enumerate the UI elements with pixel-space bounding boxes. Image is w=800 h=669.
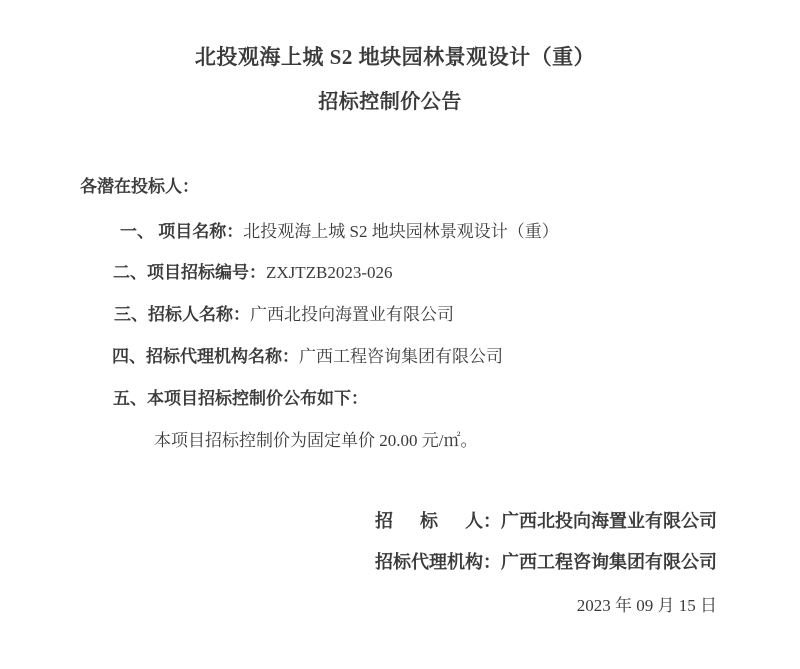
list-item-tender-number: 二、项目招标编号：ZXJTZB2023-026 <box>113 262 393 283</box>
signature-tenderer-value: 广西北投向海置业有限公司 <box>501 511 717 531</box>
control-price-note: 本项目招标控制价为固定单价 20.00 元/㎡。 <box>154 430 477 451</box>
signature-tenderer: 招标人：广西北投向海置业有限公司 <box>375 510 717 533</box>
signature-agency-value: 广西工程咨询集团有限公司 <box>501 552 717 572</box>
salutation: 各潜在投标人： <box>80 176 199 197</box>
item-value: 广西北投向海置业有限公司 <box>250 305 454 324</box>
item-label: 二、项目招标编号： <box>113 263 266 282</box>
item-value: 广西工程咨询集团有限公司 <box>299 347 503 366</box>
signature-date: 2023 年 09 月 15 日 <box>577 595 717 616</box>
item-label: 四、招标代理机构名称： <box>112 347 299 366</box>
list-item-control-price-heading: 五、本项目招标控制价公布如下： <box>113 388 368 409</box>
page-subtitle: 招标控制价公告 <box>0 90 780 115</box>
item-value: ZXJTZB2023-026 <box>266 263 393 282</box>
item-value: 北投观海上城 S2 地块园林景观设计（重） <box>243 222 558 241</box>
list-item-agency-name: 四、招标代理机构名称：广西工程咨询集团有限公司 <box>112 346 503 367</box>
page-title: 北投观海上城 S2 地块园林景观设计（重） <box>0 44 790 70</box>
signature-agency-label: 招标代理机构： <box>375 552 501 572</box>
signature-tenderer-label: 招标人： <box>375 511 501 531</box>
item-label: 三、招标人名称： <box>114 305 250 324</box>
document-page: 北投观海上城 S2 地块园林景观设计（重） 招标控制价公告 各潜在投标人： 一、… <box>0 0 800 669</box>
item-label: 五、本项目招标控制价公布如下： <box>113 389 368 408</box>
item-label: 一、 项目名称： <box>120 222 243 241</box>
colon: ： <box>483 552 501 572</box>
list-item-tenderer-name: 三、招标人名称：广西北投向海置业有限公司 <box>114 304 454 325</box>
signature-agency: 招标代理机构：广西工程咨询集团有限公司 <box>375 551 717 574</box>
colon: ： <box>483 511 501 531</box>
list-item-project-name: 一、 项目名称：北投观海上城 S2 地块园林景观设计（重） <box>120 221 559 242</box>
